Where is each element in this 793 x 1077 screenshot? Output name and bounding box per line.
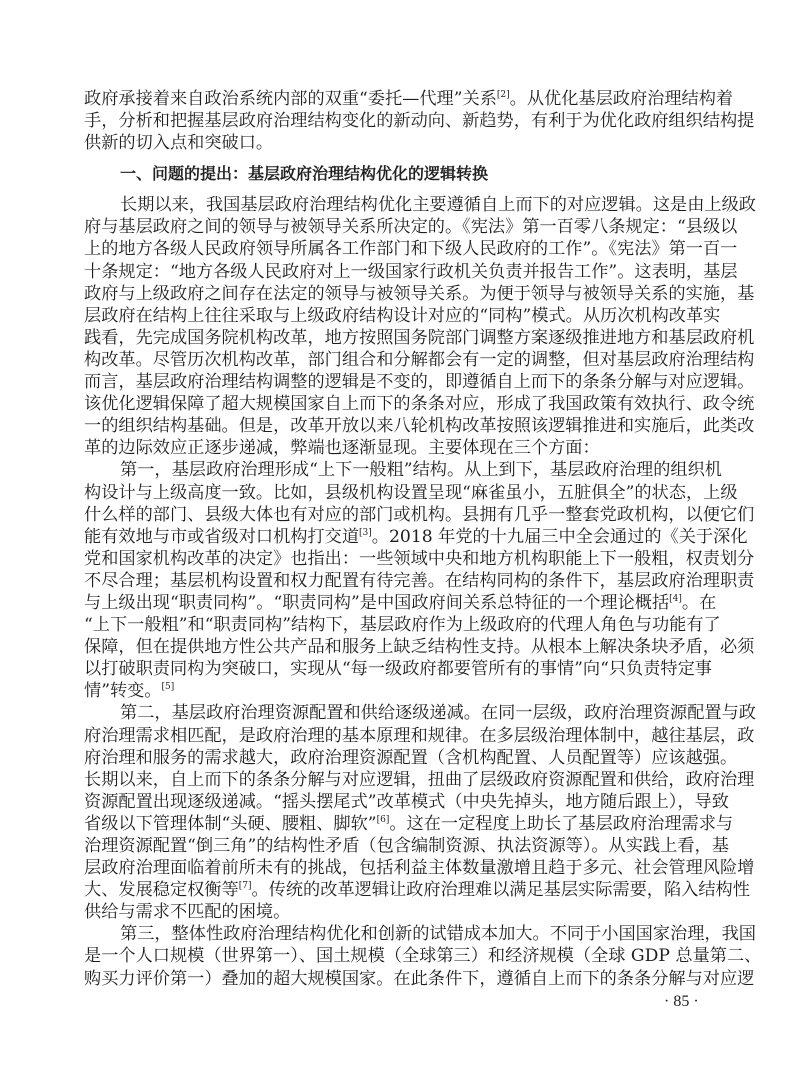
text-line: 第三，整体性政府治理结构优化和创新的试错成本加大。不同于小国国家治理，我国 [84,923,712,945]
text-line: 什么样的部门、县级大体也有对应的部门或机构。县拥有几乎一整套党政机构，以便它们 [84,504,712,526]
text-line: 府治理和服务的需求越大，政府治理资源配置（含机构配置、人员配置等）应该越强。 [84,747,712,769]
text-line: 省级以下管理体制“头硬、腰粗、脚软”[6]。这在一定程度上助长了基层政府治理需求… [84,813,712,835]
text-line: 是一个人口规模（世界第一）、国土规模（全球第三）和经济规模（全球 GDP 总量第… [84,945,712,967]
text-line: 第二，基层政府治理资源配置和供给逐级递减。在同一层级，政府治理资源配置与政 [84,702,712,724]
citation-ref: [3] [359,528,372,538]
citation-ref: [7] [239,881,252,891]
text-line: 供给与需求不匹配的困境。 [84,901,712,923]
citation-ref: [4] [669,594,682,604]
section-heading: 一、问题的提出：基层政府治理结构优化的逻辑转换 [84,163,712,185]
text-line: 以打破职责同构为突破口，实现从“每一级政府都要管所有的事情”向“只负责特定事 [84,658,712,680]
text-line: 供新的切入点和突破口。 [84,132,712,154]
text-line: 长期以来，我国基层政府治理结构优化主要遵循自上而下的对应逻辑。这是由上级政 [84,194,712,216]
text-line: 十条规定：“地方各级人民政府对上一级国家行政机关负责并报告工作”。这表明，基层 [84,261,712,283]
text-line: 治理资源配置“倒三角”的结构性矛盾（包含编制资源、执法资源等）。从实践上看，基 [84,835,712,857]
text-line: 层政府在结构上往往采取与上级政府结构设计对应的“同构”模式。从历次机构改革实 [84,305,712,327]
text-line: 践看，先完成国务院机构改革，地方按照国务院部门调整方案逐级推进地方和基层政府机 [84,327,712,349]
text-line: 该优化逻辑保障了超大规模国家自上而下的条条对应，形成了我国政策有效执行、政令统 [84,393,712,415]
text-line: 政府承接着来自政治系统内部的双重“委托—代理”关系[2]。从优化基层政府治理结构… [84,88,712,110]
text-line: 能有效地与市或省级对口机构打交道[3]。2018 年党的十九届三中全会通过的《关… [84,526,712,548]
text-line: 情”转变。[5] [84,680,712,702]
text-line: 不尽合理；基层机构设置和权力配置有待完善。在结构同构的条件下，基层政府治理职责 [84,570,712,592]
text-line: 构设计与上级高度一致。比如，县级机构设置呈现“麻雀虽小，五脏俱全”的状态，上级 [84,482,712,504]
text-line: 一的组织结构基础。但是，改革开放以来八轮机构改革按照该逻辑推进和实施后，此类改 [84,415,712,437]
text-line: 手，分析和把握基层政府治理结构变化的新动向、新趋势，有利于为优化政府组织结构提 [84,110,712,132]
text-line: 党和国家机构改革的决定》也指出：一些领域中央和地方机构职能上下一般粗，权责划分 [84,548,712,570]
text-line: 府与基层政府之间的领导与被领导关系所决定的。《宪法》第一百零八条规定：“县级以 [84,216,712,238]
citation-ref: [5] [162,682,175,692]
text-line: 上的地方各级人民政府领导所属各工作部门和下级人民政府的工作”。《宪法》第一百一 [84,238,712,260]
text-line: 长期以来，自上而下的条条分解与对应逻辑，扭曲了层级政府资源配置和供给，政府治理 [84,769,712,791]
text-line: 革的边际效应正逐步递减，弊端也逐渐显现。主要体现在三个方面： [84,437,712,459]
text-line: 资源配置出现逐级递减。“摇头摆尾式”改革模式（中央先掉头，地方随后跟上），导致 [84,791,712,813]
text-line: 第一，基层政府治理形成“上下一般粗”结构。从上到下，基层政府治理的组织机 [84,459,712,481]
text-line: 政府与上级政府之间存在法定的领导与被领导关系。为便于领导与被领导关系的实施，基 [84,283,712,305]
article-page: 政府承接着来自政治系统内部的双重“委托—代理”关系[2]。从优化基层政府治理结构… [84,88,712,990]
text-line: 构改革。尽管历次机构改革，部门组合和分解都会有一定的调整，但对基层政府治理结构 [84,349,712,371]
text-line: 层政府治理面临着前所未有的挑战，包括利益主体数量激增且趋于多元、社会管理风险增 [84,857,712,879]
text-line: 保障，但在提供地方性公共产品和服务上缺乏结构性支持。从根本上解决条块矛盾，必须 [84,636,712,658]
text-line: 府治理需求相匹配，是政府治理的基本原理和规律。在多层级治理体制中，越往基层，政 [84,725,712,747]
text-line: 而言，基层政府治理结构调整的逻辑是不变的，即遵循自上而下的条条分解与对应逻辑。 [84,371,712,393]
citation-ref: [2] [497,90,510,100]
text-line: 与上级出现“职责同构”。“职责同构”是中国政府间关系总特征的一个理论概括[4]。… [84,592,712,614]
text-line: 购买力评价第一）叠加的超大规模国家。在此条件下，遵循自上而下的条条分解与对应逻 [84,968,712,990]
text-line: 大、发展稳定权衡等[7]。传统的改革逻辑让政府治理难以满足基层实际需要，陷入结构… [84,879,712,901]
text-line: “上下一般粗”和“职责同构”结构下，基层政府作为上级政府的代理人角色与功能有了 [84,614,712,636]
citation-ref: [6] [377,815,390,825]
page-number: · 85 · [664,993,699,1011]
